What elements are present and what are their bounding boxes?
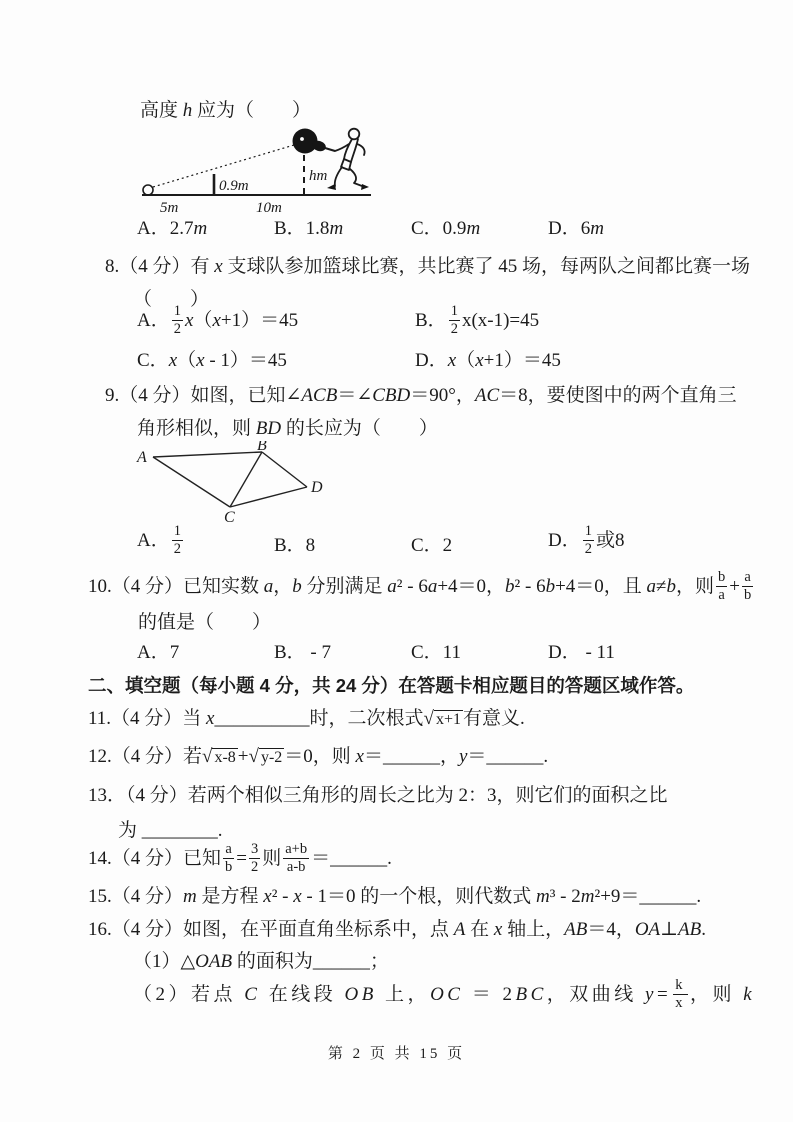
q9-option-b: B．8	[274, 533, 315, 559]
q16-stem-line-1: 16.（4 分）如图，在平面直角坐标系中，点 A 在 x 轴上，AB＝4，OA⊥…	[88, 917, 706, 943]
q13-stem-line-2: 为 ________.	[118, 818, 223, 844]
label-hm: hm	[309, 168, 328, 184]
q10-option-a: A．7	[137, 640, 179, 666]
q7-option-a: A．2.7m	[137, 216, 207, 242]
q10-stem-line-2: 的值是（ ）	[138, 610, 271, 636]
q13-stem-line-1: 13．（4 分）若两个相似三角形的周长之比为 2：3，则它们的面积之比	[88, 783, 668, 809]
section-2-header: 二、填空题（每小题 4 分，共 24 分）在答题卡相应题目的答题区域作答。	[88, 673, 694, 699]
q15-stem: 15.（4 分）m 是方程 x² - x - 1＝0 的一个根，则代数式 m³ …	[88, 884, 701, 910]
q12-stem: 12.（4 分）若√x-8+√y-2＝0，则 x＝______，y＝______…	[88, 744, 548, 771]
q8-option-d: D．x（x+1）＝45	[415, 348, 561, 374]
q8-stem-line-1: 8.（4 分）有 x 支球队参加篮球比赛，共比赛了 45 场，每两队之间都比赛一…	[105, 254, 750, 280]
label-5m: 5m	[160, 200, 179, 216]
player-figure	[335, 129, 365, 186]
ball	[293, 129, 318, 154]
q9-option-c: C．2	[411, 533, 452, 559]
vertex-label-d: D	[310, 479, 323, 496]
segment-ab	[153, 452, 262, 457]
q9-stem-line-2: 角形相似，则 BD 的长应为（ ）	[137, 416, 438, 442]
q9-triangles-figure: A B C D	[135, 441, 335, 526]
q9-option-d: D．12或8	[548, 524, 625, 559]
racket-handle	[325, 148, 335, 151]
q8-option-b: B．12x(x-1)=45	[415, 304, 539, 339]
q16-part-2: （2）若点 C 在线段 OB 上，OC ＝ 2BC，双曲线 y=kx，则 k	[133, 978, 755, 1013]
ball-highlight	[300, 137, 304, 141]
segment-cd	[230, 487, 307, 507]
page-number-footer: 第 2 页 共 15 页	[0, 1042, 793, 1063]
q10-stem-line-1: 10.（4 分）已知实数 a，b 分别满足 a² - 6a+4＝0，b² - 6…	[88, 570, 755, 605]
q7-tail-text: 高度 h 应为（ ）	[140, 98, 311, 124]
label-0-9m: 0.9m	[219, 178, 249, 194]
q14-stem: 14.（4 分）已知ab=32则a+ba-b＝______.	[88, 842, 392, 877]
player-front-shoe	[327, 184, 336, 190]
q8-option-a: A．12x（x+1）＝45	[137, 304, 298, 339]
q9-option-a: A．12	[137, 524, 185, 559]
q10-option-d: D． - 11	[548, 640, 615, 666]
player-back-shoe	[361, 184, 369, 190]
q7-option-b: B．1.8m	[274, 216, 343, 242]
q7-option-c: C．0.9m	[411, 216, 480, 242]
segment-ac	[153, 457, 230, 507]
q16-part-1: （1）△OAB 的面积为______；	[133, 949, 389, 975]
q9-stem-line-1: 9.（4 分）如图，已知∠ACB＝∠CBD＝90°，AC＝8，要使图中的两个直角…	[105, 383, 737, 409]
vertex-label-c: C	[224, 509, 235, 526]
q7-option-d: D．6m	[548, 216, 604, 242]
label-10m: 10m	[256, 200, 282, 216]
q11-stem: 11.（4 分）当 x__________时，二次根式√x+1有意义.	[88, 706, 525, 733]
segment-bd	[262, 452, 307, 487]
q10-option-b: B． - 7	[274, 640, 331, 666]
vertex-label-a: A	[136, 449, 147, 466]
exam-page: 高度 h 应为（ ） 0.9m hm 5m 10m	[0, 0, 793, 1122]
vertex-label-b: B	[257, 441, 267, 454]
q7-ball-player-figure: 0.9m hm 5m 10m	[138, 124, 408, 219]
launcher-circle	[143, 185, 153, 195]
q8-option-c: C．x（x - 1）＝45	[137, 348, 287, 374]
q10-option-c: C．11	[411, 640, 461, 666]
segment-bc	[230, 452, 262, 507]
